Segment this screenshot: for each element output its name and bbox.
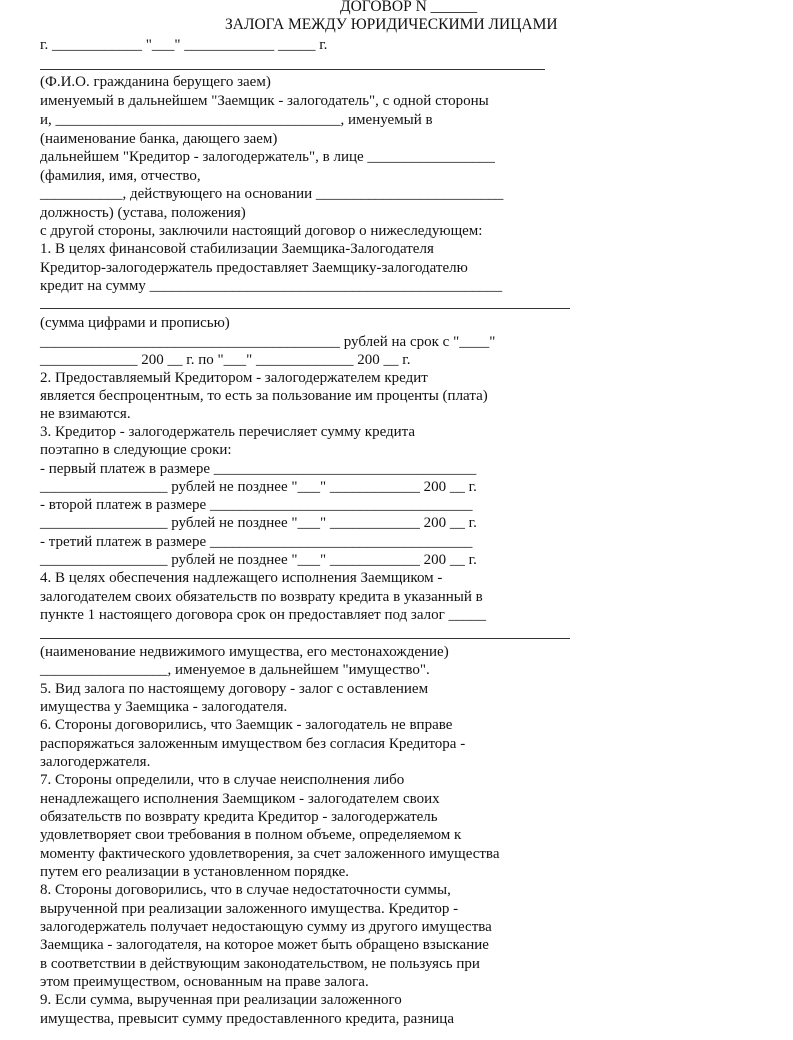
text-line: имущества, превысит сумму предоставленно… — [40, 1010, 454, 1028]
borrower-name-blank — [40, 69, 545, 70]
clause-5: 5. Вид залога по настоящему договору - з… — [40, 680, 428, 698]
text-line: кредит на сумму ________________________… — [40, 277, 502, 295]
text-line: в соответствии в действующим законодател… — [40, 955, 480, 973]
text-line: залогодержатель получает недостающую сум… — [40, 918, 492, 936]
clause-7: 7. Стороны определили, что в случае неис… — [40, 771, 404, 789]
text-line: (Ф.И.О. гражданина берущего заем) — [40, 73, 271, 91]
text-line: с другой стороны, заключили настоящий до… — [40, 222, 482, 240]
text-line: именуемый в дальнейшем "Заемщик - залого… — [40, 92, 489, 110]
text-line: дальнейшем "Кредитор - залогодержатель",… — [40, 148, 495, 166]
clause-3: 3. Кредитор - залогодержатель перечисляе… — [40, 423, 415, 441]
text-line: (наименование недвижимого имущества, его… — [40, 643, 449, 661]
text-line: удовлетворяет свои требования в полном о… — [40, 826, 461, 844]
text-line: (наименование банка, дающего заем) — [40, 130, 277, 148]
text-line: не взимаются. — [40, 405, 131, 423]
clause-4: 4. В целях обеспечения надлежащего испол… — [40, 569, 442, 587]
payment-2: - второй платеж в размере ______________… — [40, 496, 472, 514]
text-line: (фамилия, имя, отчество, — [40, 167, 201, 185]
text-line: Кредитор-залогодержатель предоставляет З… — [40, 259, 468, 277]
text-line: ___________, действующего на основании _… — [40, 185, 503, 203]
text-line: пункте 1 настоящего договора срок он пре… — [40, 606, 486, 624]
text-line: вырученной при реализации заложенного им… — [40, 900, 458, 918]
payment-1: - первый платеж в размере ______________… — [40, 460, 476, 478]
text-line: путем его реализации в установленном пор… — [40, 863, 349, 881]
clause-2: 2. Предоставляемый Кредитором - залогоде… — [40, 369, 428, 387]
date-line: г. ____________ "___" ____________ _____… — [40, 36, 327, 54]
text-line: должность) (устава, положения) — [40, 204, 246, 222]
clause-6: 6. Стороны договорились, что Заемщик - з… — [40, 716, 452, 734]
payment-3: - третий платеж в размере ______________… — [40, 533, 472, 551]
text-line: поэтапно в следующие сроки: — [40, 441, 232, 459]
text-line: _____________ 200 __ г. по "___" _______… — [40, 351, 410, 369]
text-line: _________________, именуемое в дальнейше… — [40, 661, 430, 679]
clause-8: 8. Стороны договорились, что в случае не… — [40, 881, 451, 899]
contract-title: ДОГОВОР N ______ — [340, 0, 477, 16]
text-line: этом преимуществом, основанным на праве … — [40, 973, 369, 991]
text-line: _________________ рублей не позднее "___… — [40, 551, 477, 569]
property-blank — [40, 638, 570, 639]
text-line: и, _____________________________________… — [40, 111, 433, 129]
text-line: моменту фактического удовлетворения, за … — [40, 845, 499, 863]
text-line: (сумма цифрами и прописью) — [40, 314, 230, 332]
text-line: ненадлежащего исполнения Заемщиком - зал… — [40, 790, 440, 808]
text-line: _________________ рублей не позднее "___… — [40, 478, 477, 496]
text-line: _________________ рублей не позднее "___… — [40, 514, 477, 532]
text-line: распоряжаться заложенным имуществом без … — [40, 735, 465, 753]
text-line: залогодателем своих обязательств по возв… — [40, 588, 483, 606]
text-line: Заемщика - залогодателя, на которое може… — [40, 936, 489, 954]
contract-subtitle: ЗАЛОГА МЕЖДУ ЮРИДИЧЕСКИМИ ЛИЦАМИ — [225, 16, 558, 34]
text-line: залогодержателя. — [40, 753, 150, 771]
amount-blank — [40, 308, 570, 309]
text-line: имущества у Заемщика - залогодателя. — [40, 698, 287, 716]
text-line: является беспроцентным, то есть за польз… — [40, 387, 488, 405]
text-line: ________________________________________… — [40, 333, 495, 351]
clause-1: 1. В целях финансовой стабилизации Заемщ… — [40, 240, 434, 258]
text-line: обязательств по возврату кредита Кредито… — [40, 808, 438, 826]
clause-9: 9. Если сумма, вырученная при реализации… — [40, 991, 402, 1009]
